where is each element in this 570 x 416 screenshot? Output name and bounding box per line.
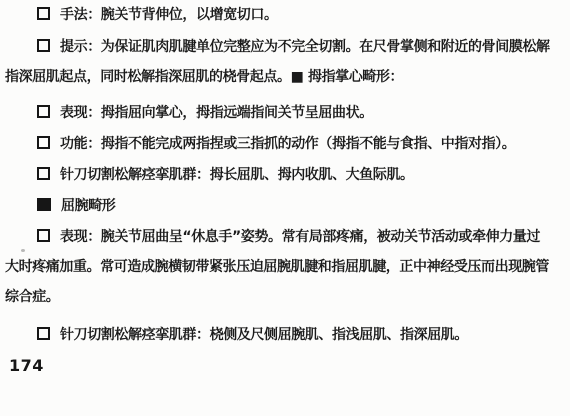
text-line: 针刀切割松解痉挛肌群：桡侧及尺侧屈腕肌、指浅屈肌、指深屈肌。: [37, 327, 468, 345]
filled-square-marker-icon: [37, 198, 51, 211]
text-line: 针刀切割松解痉挛肌群：拇长屈肌、拇内收肌、大鱼际肌。: [37, 167, 414, 185]
text-line: 综合症。: [5, 289, 59, 307]
text-line: 表现：腕关节屈曲呈“休息手”姿势。常有局部疼痛，被动关节活动或牵伸力量过: [37, 229, 540, 247]
open-square-marker-icon: [37, 7, 50, 20]
line-text: 表现：拇指屈向掌心，拇指远端指间关节呈屈曲状。: [60, 105, 373, 121]
text-line: 指深屈肌起点，同时松解指深屈肌的桡骨起点。■ 拇指掌心畸形：: [5, 69, 403, 87]
line-text: 大时疼痛加重。常可造成腕横韧带紧张压迫屈腕肌腱和指屈肌腱，正中神经受压而出现腕管: [5, 259, 549, 275]
line-text: 针刀切割松解痉挛肌群：拇长屈肌、拇内收肌、大鱼际肌。: [60, 167, 414, 183]
line-text: 指深屈肌起点，同时松解指深屈肌的桡骨起点。■ 拇指掌心畸形：: [5, 69, 403, 85]
open-square-marker-icon: [37, 105, 50, 118]
open-square-marker-icon: [37, 327, 50, 340]
open-square-marker-icon: [37, 39, 50, 52]
text-line: 屈腕畸形: [37, 198, 115, 216]
scanned-document-page: 手法：腕关节背伸位，以增宽切口。 提示：为保证肌肉肌腱单位完整应为不完全切割。在…: [0, 0, 570, 416]
open-square-marker-icon: [37, 136, 50, 149]
line-text: 提示：为保证肌肉肌腱单位完整应为不完全切割。在尺骨掌侧和附近的骨间膜松解: [60, 39, 550, 55]
open-square-marker-icon: [37, 229, 50, 242]
text-line: 表现：拇指屈向掌心，拇指远端指间关节呈屈曲状。: [37, 105, 373, 123]
open-square-marker-icon: [37, 167, 50, 180]
text-line: 大时疼痛加重。常可造成腕横韧带紧张压迫屈腕肌腱和指屈肌腱，正中神经受压而出现腕管: [5, 259, 549, 277]
text-line: 手法：腕关节背伸位，以增宽切口。: [37, 7, 278, 25]
line-text: 针刀切割松解痉挛肌群：桡侧及尺侧屈腕肌、指浅屈肌、指深屈肌。: [60, 327, 468, 343]
text-line: 功能：拇指不能完成两指捏或三指抓的动作（拇指不能与食指、中指对指）。: [37, 136, 515, 154]
line-text: 屈腕畸形: [61, 198, 115, 214]
line-text: 表现：腕关节屈曲呈“休息手”姿势。常有局部疼痛，被动关节活动或牵伸力量过: [60, 229, 540, 245]
line-text: 综合症。: [5, 289, 59, 305]
scan-artifact-speck: [21, 249, 25, 252]
text-line: 提示：为保证肌肉肌腱单位完整应为不完全切割。在尺骨掌侧和附近的骨间膜松解: [37, 39, 550, 57]
line-text: 手法：腕关节背伸位，以增宽切口。: [60, 7, 278, 23]
line-text: 功能：拇指不能完成两指捏或三指抓的动作（拇指不能与食指、中指对指）。: [60, 136, 515, 152]
page-number: 174: [9, 356, 44, 375]
